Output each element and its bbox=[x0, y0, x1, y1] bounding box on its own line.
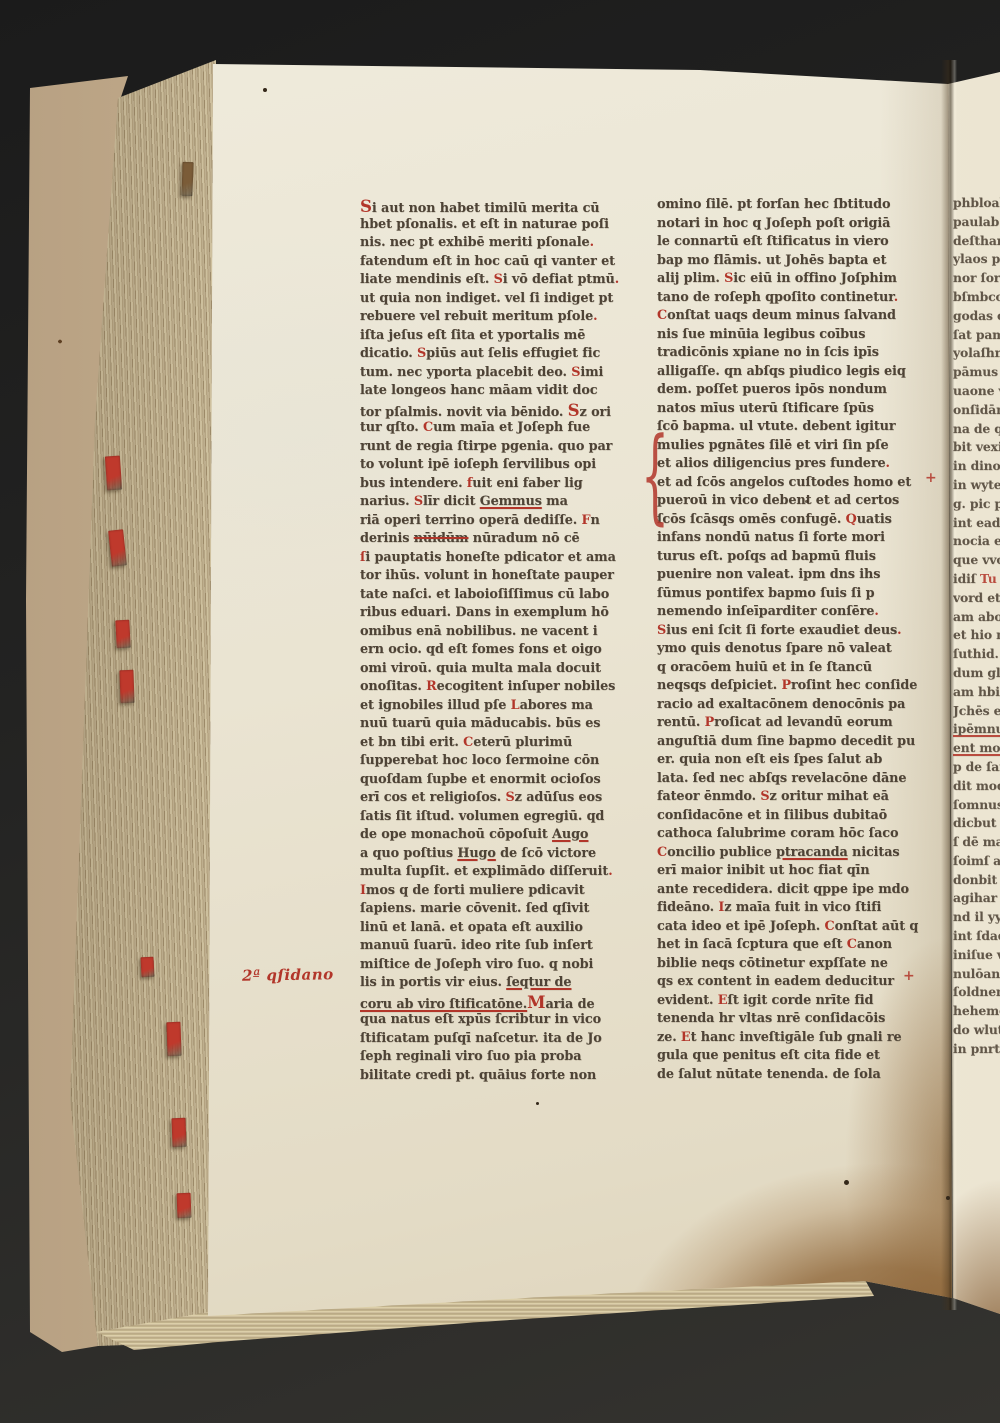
worm-hole bbox=[844, 1180, 849, 1185]
manuscript-line: nis ſue minūia legibus coībus bbox=[657, 326, 952, 345]
manuscript-line: onſidāno bbox=[953, 401, 1000, 420]
manuscript-line: le connartū eſt ſtificatus in viero bbox=[657, 233, 952, 252]
manuscript-line: tor pſalmis. novit via bēnido. Sz ori bbox=[360, 401, 652, 420]
worm-hole bbox=[805, 500, 808, 503]
manuscript-line: phbloah bbox=[953, 194, 1000, 213]
manuscript-line: narius. Slīr dicit Gemmus ma bbox=[360, 493, 652, 512]
manuscript-line: turus eſt. poſqs ad bapmū fluis bbox=[657, 548, 952, 567]
manuscript-line: ſapiens. marie cōvenit. ſed qſivit bbox=[360, 900, 652, 919]
manuscript-line: in wyteph bbox=[953, 476, 1000, 495]
manuscript-line: int ſdad bbox=[953, 927, 1000, 946]
manuscript-line: et ignobiles illud pſe Labores ma bbox=[360, 697, 652, 716]
manuscript-line: erī maior inibit ut hoc fiat qīn bbox=[657, 862, 952, 881]
manuscript-line: multa ſupſit. et explimādo diſſeruit. bbox=[360, 863, 652, 882]
manuscript-line: do wlut bbox=[953, 1021, 1000, 1040]
manuscript-line: Concilio publice ptracanda nicitas bbox=[657, 844, 952, 863]
manuscript-line: tate naſci. et laboioſiſſimus cū labo bbox=[360, 586, 652, 605]
manuscript-line: ſoimſ a bbox=[953, 852, 1000, 871]
manuscript-line: lata. ſed nec abſqs revelacōne dāne bbox=[657, 770, 952, 789]
manuscript-line: omibus enā nobilibus. ne vacent i bbox=[360, 623, 652, 642]
manuscript-line: iſta jeſus eſt ſita et yportalis mē bbox=[360, 327, 652, 346]
manuscript-line: godas co bbox=[953, 307, 1000, 326]
manuscript-line: notari in hoc q Joſeph poſt origiā bbox=[657, 215, 952, 234]
manuscript-line: neqsqs deſpiciet. Proſint hec conſide bbox=[657, 677, 952, 696]
manuscript-line: nd il yy bbox=[953, 908, 1000, 927]
manuscript-line: ſoldnen bbox=[953, 983, 1000, 1002]
manuscript-line: tenenda hr vltas nrē conſidacōis bbox=[657, 1010, 952, 1029]
manuscript-line: ſat pam bbox=[953, 326, 1000, 345]
manuscript-line: bſmbcod bbox=[953, 288, 1000, 307]
text-column-right: omino ſilē. pt forſan hec ſbtitudonotari… bbox=[657, 196, 952, 1084]
manuscript-line: rentū. Proſicat ad levandū eorum bbox=[657, 714, 952, 733]
manuscript-line: tur qſto. Cum maīa et Joſeph fue bbox=[360, 419, 652, 438]
manuscript-line: rebuere vel rebuit meritum pſole. bbox=[360, 308, 652, 327]
manuscript-line: nulōan bbox=[953, 965, 1000, 984]
manuscript-line: et hio non bbox=[953, 626, 1000, 645]
manuscript-line: er. quia non eſt eis ſpes ſalut ab bbox=[657, 751, 952, 770]
margin-cross: + bbox=[903, 968, 915, 984]
manuscript-line: p de ſanc bbox=[953, 758, 1000, 777]
manuscript-line: racio ad exaltacōnem denocōnis pa bbox=[657, 696, 952, 715]
manuscript-line: ſcōs ſcāsqs omēs confugē. Quatis bbox=[657, 511, 952, 530]
manuscript-line: coru ab viro ſtificatōne.Maria de bbox=[360, 993, 652, 1012]
manuscript-line: mulies pgnātes ſilē et viri ſin pſe bbox=[657, 437, 952, 456]
manuscript-line: lis in portis vir eius. ſeqtur de bbox=[360, 974, 652, 993]
adjacent-text-column: phbloahpaulab ſdeſthariylaos pnor ſor ſb… bbox=[953, 194, 1000, 1059]
manuscript-line: cathoca ſalubrime coram hōc ſaco bbox=[657, 825, 952, 844]
manuscript-line: nuū tuarū quia māducabis. būs es bbox=[360, 715, 652, 734]
bookmark-tab bbox=[177, 1193, 192, 1218]
manuscript-line: miſtice de Joſeph viro ſuo. q nobi bbox=[360, 956, 652, 975]
manuscript-line: manuū ſuarū. ideo rite ſub inſert bbox=[360, 937, 652, 956]
manuscript-line: et bn tibi erit. Ceterū plurimū bbox=[360, 734, 652, 753]
manuscript-line: agihar v bbox=[953, 889, 1000, 908]
manuscript-line: riā operi terrino operā dediſſe. Fn bbox=[360, 512, 652, 531]
manuscript-line: Imos q de forti muliere pdicavit bbox=[360, 882, 652, 901]
manuscript-line: evident. Eſt igit corde nrīte fid bbox=[657, 992, 952, 1011]
manuscript-photo: Si aut non habet timilū merita cūhbet pſ… bbox=[0, 0, 1000, 1423]
manuscript-line: na de qua bbox=[953, 420, 1000, 439]
manuscript-line: cata ideo et ipē Joſeph. Conſtat aūt q bbox=[657, 918, 952, 937]
bookmark-tab bbox=[181, 162, 193, 196]
manuscript-line: fideāno. Iz maīa fuit in vico ſtifi bbox=[657, 899, 952, 918]
bookmark-tab bbox=[105, 456, 122, 491]
manuscript-line: nor ſor ſ bbox=[953, 269, 1000, 288]
manuscript-line: tradicōnis xpiane no in ſcis ipīs bbox=[657, 344, 952, 363]
manuscript-line: fateor ēnmdo. Sz oritur mihat eā bbox=[657, 788, 952, 807]
margin-cross: + bbox=[925, 470, 937, 486]
manuscript-line: late longeos hanc māam vidit doc bbox=[360, 382, 652, 401]
manuscript-line: Jchēs et aſ bbox=[953, 702, 1000, 721]
manuscript-line: am hbid bbox=[953, 683, 1000, 702]
manuscript-line: q oracōem huiū et in ſe ſtancū bbox=[657, 659, 952, 678]
manuscript-line: anguſtiā dum ſine bapmo decedit pu bbox=[657, 733, 952, 752]
manuscript-line: paulab ſ bbox=[953, 213, 1000, 232]
manuscript-line: puenire non valeat. ipm dns ihs bbox=[657, 566, 952, 585]
manuscript-line: ent mode bbox=[953, 739, 1000, 758]
manuscript-line: hbet pſonalis. et eſt in naturae poſi bbox=[360, 216, 652, 235]
manuscript-line: derinis nūidūm nūradum nō cē bbox=[360, 530, 652, 549]
manuscript-line: bit vexiſſ bbox=[953, 438, 1000, 457]
manuscript-line: ut quia non indiget. vel ſi indiget pt bbox=[360, 290, 652, 309]
bookmark-tab bbox=[140, 957, 154, 978]
manuscript-line: infans nondū natus ſi forte mori bbox=[657, 529, 952, 548]
manuscript-line: nocia er bbox=[953, 532, 1000, 551]
manuscript-line: erī cos et religioſos. Sz adūſus eos bbox=[360, 789, 652, 808]
manuscript-line: ſ dē maiē bbox=[953, 833, 1000, 852]
manuscript-line: dem. poſſet pueros ipōs nondum bbox=[657, 381, 952, 400]
manuscript-line: am abom bbox=[953, 608, 1000, 627]
manuscript-line: de ope monachoū cōpoſuit Augo bbox=[360, 826, 652, 845]
bookmark-tab bbox=[171, 1118, 186, 1147]
manuscript-line: dicatio. Spiūs aut ſelis effugiet fic bbox=[360, 345, 652, 364]
manuscript-line: et alios diligencius pres fundere. bbox=[657, 455, 952, 474]
manuscript-line: bilitate credi pt. quāius forte non bbox=[360, 1067, 652, 1086]
bookmark-tab bbox=[115, 620, 130, 649]
manuscript-line: nemendo inſeīparditer conſēre. bbox=[657, 603, 952, 622]
manuscript-line: alligaſſe. qn abſqs piudico legis eiq bbox=[657, 363, 952, 382]
manuscript-line: dicbut aſ bbox=[953, 814, 1000, 833]
manuscript-line: ribus eduari. Dans in exemplum hō bbox=[360, 604, 652, 623]
manuscript-line: donbit bbox=[953, 871, 1000, 890]
manuscript-line: dum glod bbox=[953, 664, 1000, 683]
manuscript-line: natos mīus uterū ſtificare ſpūs bbox=[657, 400, 952, 419]
manuscript-line: ipēmnus bbox=[953, 720, 1000, 739]
manuscript-line: g. pic pt. bbox=[953, 495, 1000, 514]
manuscript-line: qua natus eſt xpūs ſcribtur in vico bbox=[360, 1011, 652, 1030]
manuscript-line: ern ocio. qd eſt fomes fons et oigo bbox=[360, 641, 652, 660]
marginal-note: 2ª qſidano bbox=[242, 965, 334, 985]
manuscript-line: alij plim. Sic eiū in offino Joſphim bbox=[657, 270, 952, 289]
manuscript-line: ſtificatam puſqī naſcetur. ita de Jo bbox=[360, 1030, 652, 1049]
manuscript-line: in dinoſm bbox=[953, 457, 1000, 476]
bookmark-tab bbox=[119, 670, 134, 703]
manuscript-line: a quo poſtius Hugo de ſcō victore bbox=[360, 845, 652, 864]
manuscript-line: ſeph reginali viro ſuo pia proba bbox=[360, 1048, 652, 1067]
manuscript-line: uaone v bbox=[953, 382, 1000, 401]
manuscript-line: bap mo flāmis. ut Johēs bapta et bbox=[657, 252, 952, 271]
manuscript-line: runt de regia ſtirpe pgenia. quo par bbox=[360, 438, 652, 457]
manuscript-line: Si aut non habet timilū merita cū bbox=[360, 197, 652, 216]
manuscript-line: dit mode bbox=[953, 777, 1000, 796]
manuscript-line: ymo quis denotus ſpare nō valeat bbox=[657, 640, 952, 659]
manuscript-line: idiſ Tu bbox=[953, 570, 1000, 589]
manuscript-line: linū et lanā. et opata eſt auxilio bbox=[360, 919, 652, 938]
manuscript-line: in pnrtate bbox=[953, 1040, 1000, 1059]
manuscript-line: pāmus v bbox=[953, 363, 1000, 382]
manuscript-line: deſthari bbox=[953, 232, 1000, 251]
manuscript-line: to volunt ipē ioſeph ſervilibus opi bbox=[360, 456, 652, 475]
manuscript-line: ze. Et hanc inveſtigāle ſub gnali re bbox=[657, 1029, 952, 1048]
manuscript-line: iniſue v bbox=[953, 946, 1000, 965]
manuscript-line: bus intendere. fuit eni faber lig bbox=[360, 475, 652, 494]
bookmark-tab bbox=[166, 1022, 181, 1056]
manuscript-line: ylaos p bbox=[953, 250, 1000, 269]
worm-hole bbox=[536, 1102, 539, 1105]
manuscript-line: ſomnus e bbox=[953, 796, 1000, 815]
manuscript-line: ante recedidera. dicit qppe ipe mdo bbox=[657, 881, 952, 900]
manuscript-line: yolaſhm bbox=[953, 344, 1000, 363]
manuscript-line: ſūmus pontifex bapmo ſuis ſi p bbox=[657, 585, 952, 604]
manuscript-line: gula que penitus eſt cita fide et bbox=[657, 1047, 952, 1066]
manuscript-line: ſcō bapma. ul vtute. debent igitur bbox=[657, 418, 952, 437]
manuscript-line: que vvor bbox=[953, 551, 1000, 570]
manuscript-line: de ſalut nūtate tenenda. de ſola bbox=[657, 1066, 952, 1085]
rubric-bracket-icon: { bbox=[641, 416, 669, 536]
manuscript-line: ſuthid. G bbox=[953, 645, 1000, 664]
manuscript-line: het in ſacā ſcptura que eſt Canon bbox=[657, 936, 952, 955]
manuscript-line: hehemer bbox=[953, 1002, 1000, 1021]
worm-hole bbox=[263, 88, 267, 92]
manuscript-line: omi viroū. quia multa mala docuit bbox=[360, 660, 652, 679]
manuscript-line: omino ſilē. pt forſan hec ſbtitudo bbox=[657, 196, 952, 215]
worm-hole bbox=[946, 1196, 950, 1200]
manuscript-line: vord et in bbox=[953, 589, 1000, 608]
manuscript-line: Sius eni ſcit ſi forte exaudiet deus. bbox=[657, 622, 952, 641]
manuscript-line: ſatis ſit iſtud. volumen egregiū. qd bbox=[360, 808, 652, 827]
text-column-left: Si aut non habet timilū merita cūhbet pſ… bbox=[360, 197, 652, 1085]
manuscript-line: liate mendinis eſt. Si vō defiat ptmū. bbox=[360, 271, 652, 290]
manuscript-line: fatendum eſt in hoc caū qi vanter et bbox=[360, 253, 652, 272]
manuscript-line: ſupperebat hoc loco ſermoine cōn bbox=[360, 752, 652, 771]
manuscript-line: nis. nec pt exhibē meriti pſonale. bbox=[360, 234, 652, 253]
manuscript-line: tor ihūs. volunt in honeſtate pauper bbox=[360, 567, 652, 586]
manuscript-line: Conſtat uaqs deum minus ſalvand bbox=[657, 307, 952, 326]
manuscript-line: int eadem bbox=[953, 514, 1000, 533]
manuscript-line: et ad ſcōs angelos cuſtodes homo et bbox=[657, 474, 952, 493]
manuscript-line: tano de roſeph qpoſito continetur. bbox=[657, 289, 952, 308]
manuscript-line: quoſdam ſupbe et enormit ocioſos bbox=[360, 771, 652, 790]
manuscript-line: ſi pauptatis honeſte pdicator et ama bbox=[360, 549, 652, 568]
manuscript-line: onoſitas. Recogitent inſuper nobiles bbox=[360, 678, 652, 697]
manuscript-line: conſidacōne et in ſilibus dubitaō bbox=[657, 807, 952, 826]
manuscript-line: tum. nec yporta placebit deo. Simi bbox=[360, 364, 652, 383]
